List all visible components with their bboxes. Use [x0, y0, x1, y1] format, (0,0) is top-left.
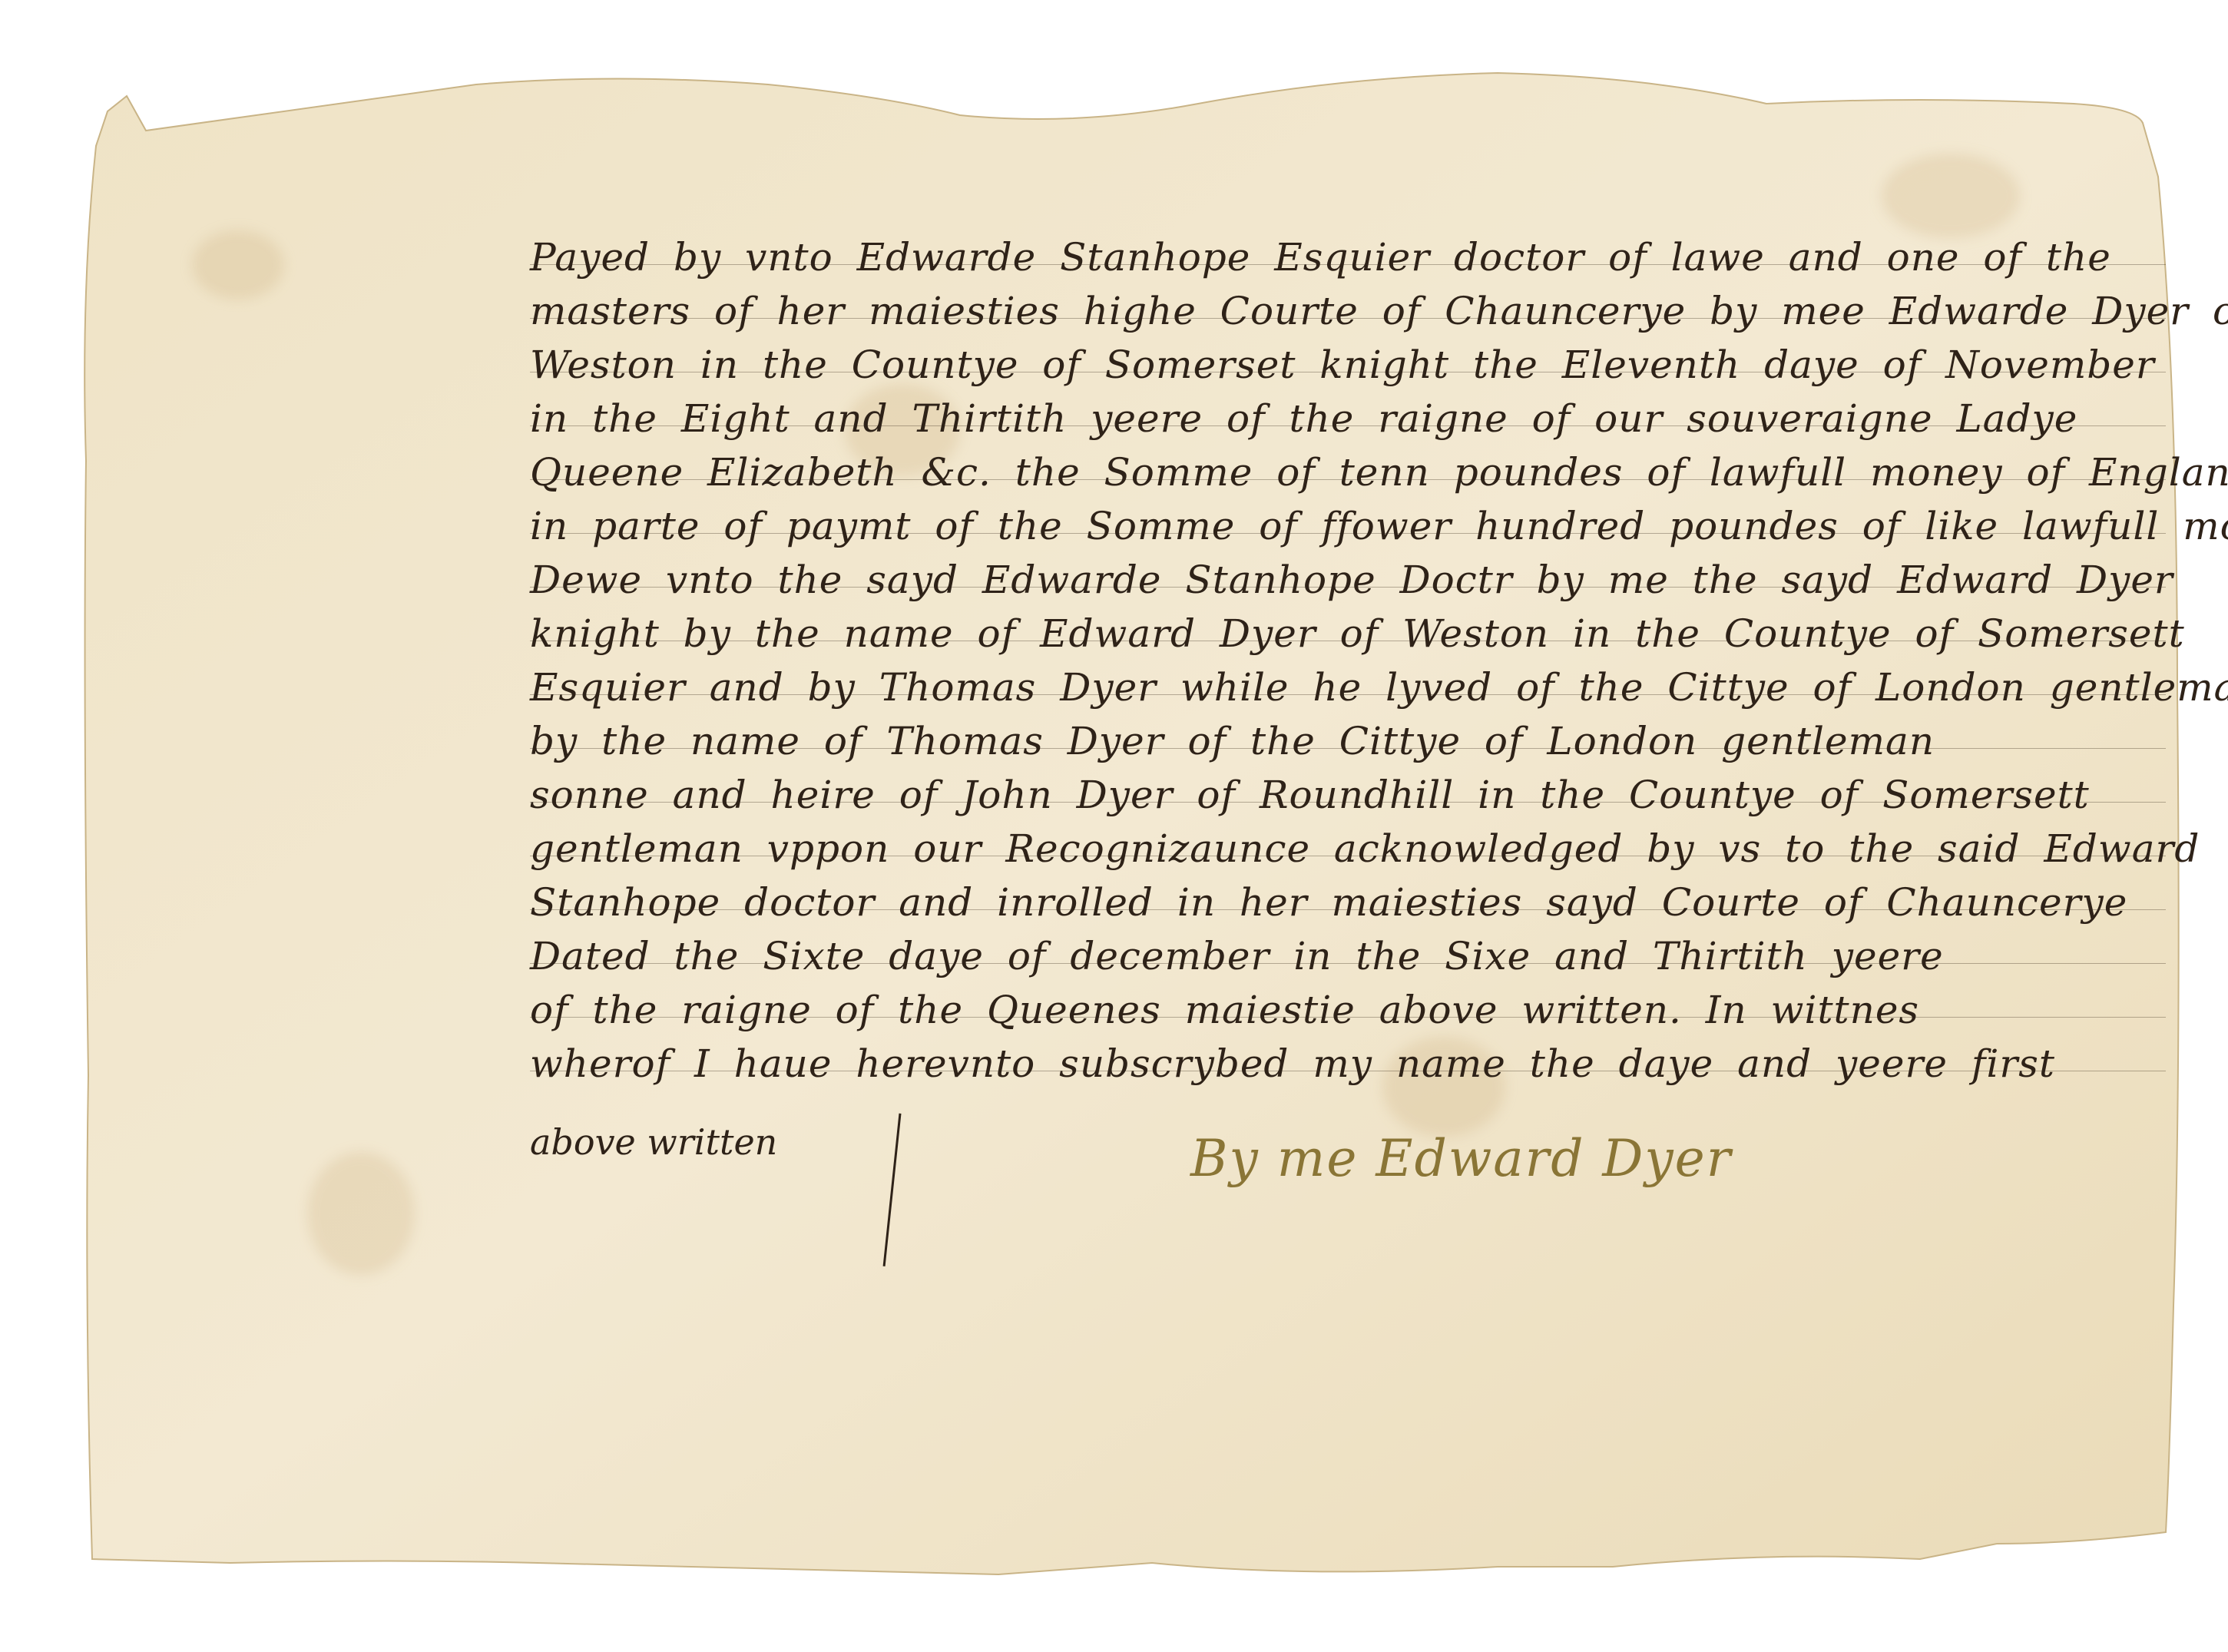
text-line: Stanhope doctor and inrolled in her maie… [530, 876, 2166, 929]
manuscript-sheet: Payed by vnto Edwarde Stanhope Esquier d… [0, 0, 2228, 1652]
text-line: wherof I haue herevnto subscrybed my nam… [530, 1037, 2166, 1091]
closing-text: above written [530, 1121, 777, 1163]
text-line: Esquier and by Thomas Dyer while he lyve… [530, 660, 2166, 714]
paper-stain [192, 230, 284, 300]
text-line: Queene Elizabeth &c. the Somme of tenn p… [530, 445, 2166, 499]
text-line: in parte of paymt of the Somme of ffower… [530, 499, 2166, 553]
signature: By me Edward Dyer [1190, 1129, 1732, 1188]
paper-stain [307, 1152, 415, 1275]
text-line: masters of her maiesties highe Courte of… [530, 284, 2166, 338]
text-line: gentleman vppon our Recognizaunce acknow… [530, 822, 2166, 876]
text-line: knight by the name of Edward Dyer of Wes… [530, 607, 2166, 660]
text-line: sonne and heire of John Dyer of Roundhil… [530, 768, 2166, 822]
signature-block: above written By me Edward Dyer [530, 1121, 2143, 1213]
text-line: in the Eight and Thirtith yeere of the r… [530, 392, 2166, 445]
paper-stain [1882, 154, 2020, 238]
text-line: Dated the Sixte daye of december in the … [530, 929, 2166, 983]
text-line: Weston in the Countye of Somerset knight… [530, 338, 2166, 392]
text-line: of the raigne of the Queenes maiestie ab… [530, 983, 2166, 1037]
text-line: Payed by vnto Edwarde Stanhope Esquier d… [530, 230, 2166, 284]
text-line: by the name of Thomas Dyer of the Cittye… [530, 714, 2166, 768]
text-line: Dewe vnto the sayd Edwarde Stanhope Doct… [530, 553, 2166, 607]
manuscript-text: Payed by vnto Edwarde Stanhope Esquier d… [530, 230, 2166, 1091]
